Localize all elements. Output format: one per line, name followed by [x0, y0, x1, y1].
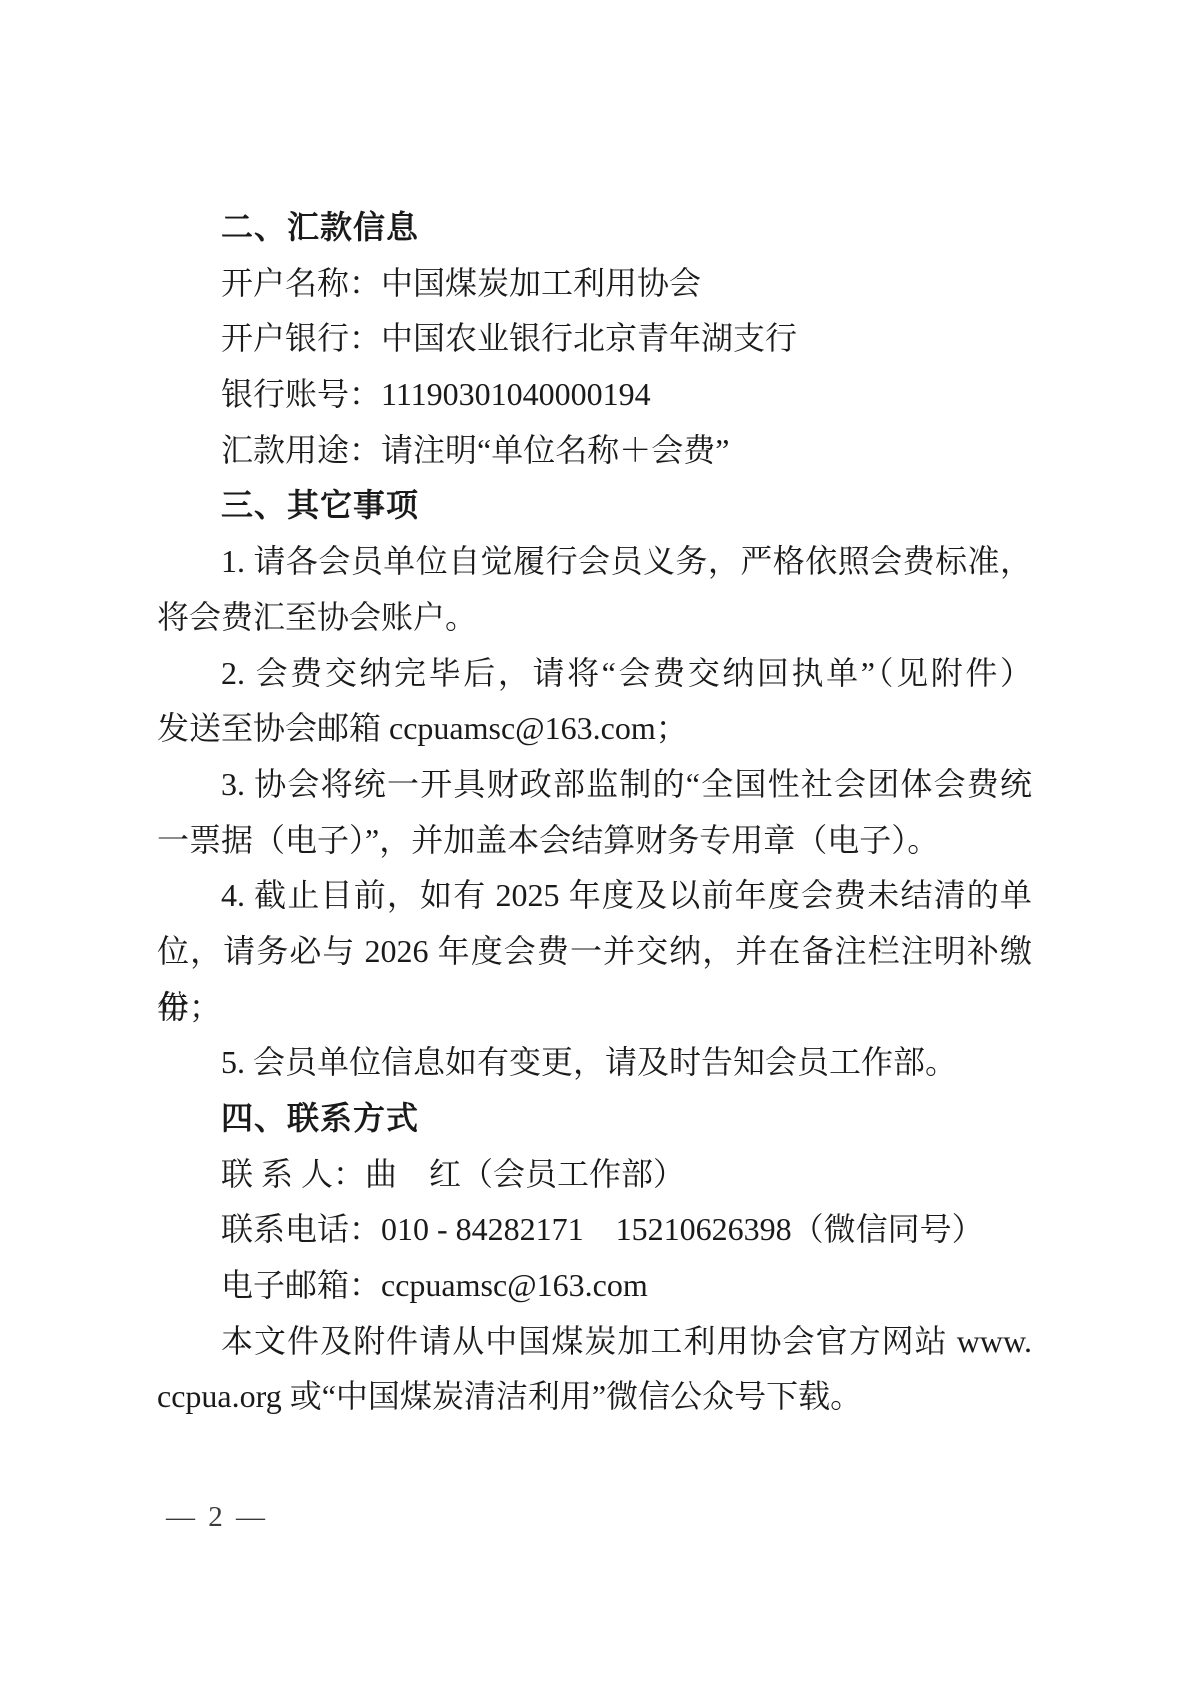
line-account-name: 开户名称：中国煤炭加工利用协会 — [157, 256, 1032, 312]
heading-remittance-info: 二、汇款信息 — [157, 200, 1032, 256]
line-item3-a: 3. 协会将统一开具财政部监制的“全国性社会团体会费统 — [157, 757, 1032, 813]
line-item5: 5. 会员单位信息如有变更，请及时告知会员工作部。 — [157, 1035, 1032, 1091]
line-item3-b: 一票据（电子）”，并加盖本会结算财务专用章（电子）。 — [157, 813, 1032, 869]
page-number: — 2 — — [166, 1496, 268, 1538]
document-body: 二、汇款信息 开户名称：中国煤炭加工利用协会 开户银行：中国农业银行北京青年湖支… — [157, 200, 1032, 1425]
line-contact-email: 电子邮箱：ccpuamsc@163.com — [157, 1258, 1032, 1314]
line-account-number: 银行账号：11190301040000194 — [157, 367, 1032, 423]
document-page: 二、汇款信息 开户名称：中国煤炭加工利用协会 开户银行：中国农业银行北京青年湖支… — [0, 0, 1190, 1682]
heading-other-matters: 三、其它事项 — [157, 478, 1032, 534]
line-item2-a: 2. 会费交纳完毕后，请将“会费交纳回执单”（见附件） — [157, 646, 1032, 702]
line-remittance-purpose: 汇款用途：请注明“单位名称＋会费” — [157, 423, 1032, 479]
line-contact-phone: 联系电话：010 - 84282171 15210626398（微信同号） — [157, 1202, 1032, 1258]
line-item4-b: 位，请务必与 2026 年度会费一并交纳，并在备注栏注明补缴年 — [157, 924, 1032, 980]
line-item1-a: 1. 请各会员单位自觉履行会员义务，严格依照会费标准， — [157, 534, 1032, 590]
line-bank-name: 开户银行：中国农业银行北京青年湖支行 — [157, 311, 1032, 367]
line-download-note-b: ccpua.org 或“中国煤炭清洁利用”微信公众号下载。 — [157, 1369, 1032, 1425]
line-item4-c: 份； — [157, 980, 1032, 1036]
heading-contact-info: 四、联系方式 — [157, 1091, 1032, 1147]
line-item2-b: 发送至协会邮箱 ccpuamsc@163.com； — [157, 701, 1032, 757]
line-item1-b: 将会费汇至协会账户。 — [157, 590, 1032, 646]
line-item4-a: 4. 截止目前，如有 2025 年度及以前年度会费未结清的单 — [157, 868, 1032, 924]
line-contact-person: 联 系 人：曲 红（会员工作部） — [157, 1147, 1032, 1203]
line-download-note-a: 本文件及附件请从中国煤炭加工利用协会官方网站 www. — [157, 1314, 1032, 1370]
